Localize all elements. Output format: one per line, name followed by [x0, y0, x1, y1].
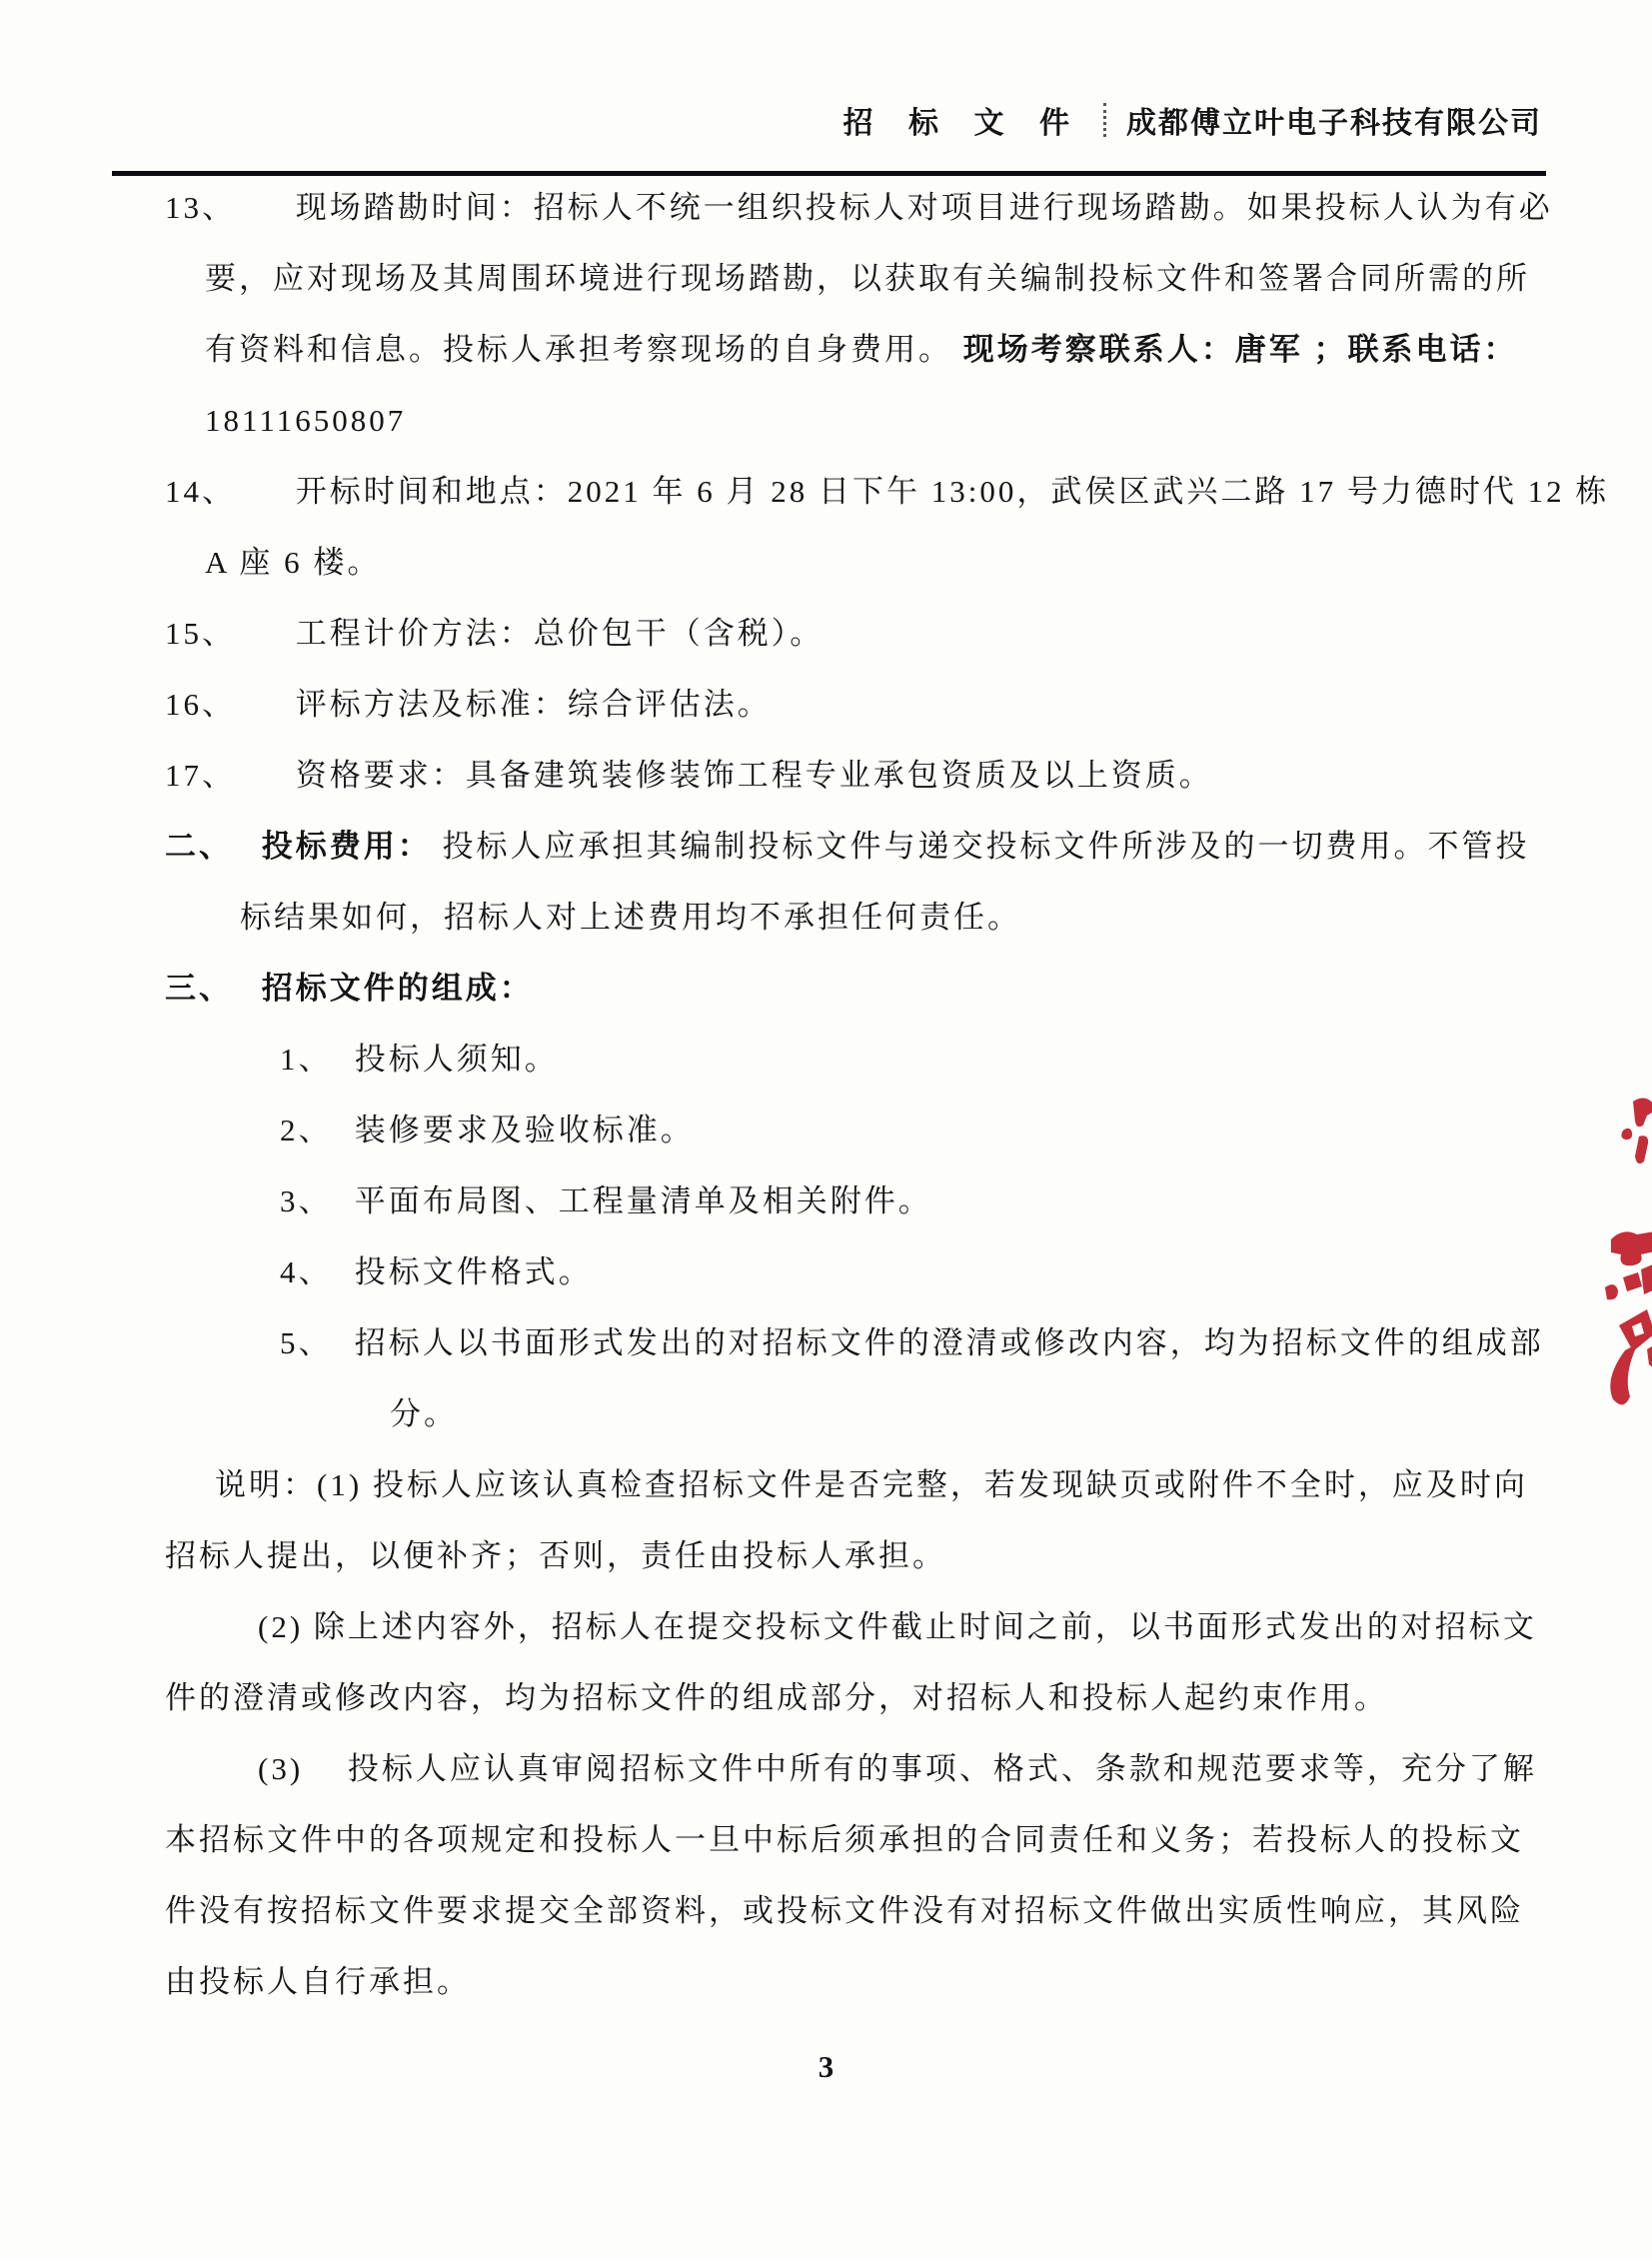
document-line: 说明：(1) 投标人应该认真检查招标文件是否完整，若发现缺页或附件不全时，应及时…: [0, 1449, 1652, 1520]
line-text: 件没有按招标文件要求提交全部资料，或投标文件没有对招标文件做出实质性响应，其风险: [165, 1893, 1524, 1928]
document-line: 4、 投标文件格式。: [0, 1236, 1652, 1307]
line-number: 二、: [165, 811, 251, 882]
document-line: 分。: [0, 1378, 1652, 1449]
red-seal-fragment-icon: [1603, 1227, 1652, 1427]
line-number: 14、: [165, 456, 285, 527]
line-number: 15、: [165, 598, 285, 669]
document-line: 招标人提出，以便补齐；否则，责任由投标人承担。: [0, 1520, 1652, 1591]
document-line: 本招标文件中的各项规定和投标人一旦中标后须承担的合同责任和义务；若投标人的投标文: [0, 1804, 1652, 1875]
line-number: 1、: [280, 1024, 344, 1095]
document-line: 件没有按招标文件要求提交全部资料，或投标文件没有对招标文件做出实质性响应，其风险: [0, 1875, 1652, 1946]
line-text: 开标时间和地点：2021 年 6 月 28 日下午 13:00，武侯区武兴二路 …: [296, 474, 1610, 509]
line-text: 要，应对现场及其周围环境进行现场踏勘，以获取有关编制投标文件和签署合同所需的所: [205, 261, 1530, 296]
document-line: 16、 评标方法及标准：综合评估法。: [0, 669, 1652, 740]
company-name: 成都傅立叶电子科技有限公司: [1126, 98, 1542, 142]
header-separator: [1103, 103, 1106, 137]
document-line: 由投标人自行承担。: [0, 1946, 1652, 2017]
document-line: 3、 平面布局图、工程量清单及相关附件。: [0, 1165, 1652, 1236]
red-seal-fragment-icon: [1619, 1096, 1652, 1167]
line-text: (3) 投标人应认真审阅招标文件中所有的事项、格式、条款和规范要求等，充分了解: [258, 1751, 1537, 1786]
document-line: 2、 装修要求及验收标准。: [0, 1095, 1652, 1165]
line-number: 13、: [165, 172, 285, 243]
line-text-bold: 招标文件的组成：: [262, 971, 534, 1006]
line-number: 16、: [165, 669, 285, 740]
line-text: 投标人应承担其编制投标文件与递交投标文件所涉及的一切费用。不管投: [443, 829, 1530, 864]
line-text: 18111650807: [205, 403, 406, 438]
document-line: 18111650807: [0, 385, 1652, 456]
line-number: 5、: [280, 1307, 344, 1378]
line-text: 分。: [390, 1396, 458, 1431]
doc-type-label: 招 标 文 件: [843, 98, 1084, 142]
document-line: 1、 投标人须知。: [0, 1024, 1652, 1095]
scanned-tender-document-page: 招 标 文 件 成都傅立叶电子科技有限公司 13、 现场踏勘时间：招标人不统一组…: [0, 0, 1652, 2259]
document-line: 14、 开标时间和地点：2021 年 6 月 28 日下午 13:00，武侯区武…: [0, 456, 1652, 527]
document-line: (2) 除上述内容外，招标人在提交投标文件截止时间之前，以书面形式发出的对招标文: [0, 1591, 1652, 1662]
document-line: 标结果如何，招标人对上述费用均不承担任何责任。: [0, 882, 1652, 953]
line-text: 由投标人自行承担。: [165, 1964, 471, 1999]
line-text: 本招标文件中的各项规定和投标人一旦中标后须承担的合同责任和义务；若投标人的投标文: [165, 1822, 1524, 1857]
document-line: 二、 投标费用： 投标人应承担其编制投标文件与递交投标文件所涉及的一切费用。不管…: [0, 811, 1652, 882]
line-text-bold: 现场考察联系人：唐军 ；联系电话：: [963, 332, 1518, 367]
document-line: A 座 6 楼。: [0, 527, 1652, 598]
line-text: 标结果如何，招标人对上述费用均不承担任何责任。: [240, 900, 1021, 935]
line-text: 投标文件格式。: [355, 1254, 593, 1289]
line-text: (2) 除上述内容外，招标人在提交投标文件截止时间之前，以书面形式发出的对招标文: [258, 1609, 1537, 1644]
line-number: 3、: [280, 1165, 344, 1236]
line-number: 17、: [165, 740, 285, 811]
line-text: 件的澄清或修改内容，均为招标文件的组成部分，对招标人和投标人起约束作用。: [165, 1680, 1388, 1715]
document-line: 5、 招标人以书面形式发出的对招标文件的澄清或修改内容，均为招标文件的组成部: [0, 1307, 1652, 1378]
line-number: 4、: [280, 1236, 344, 1307]
line-text: 工程计价方法：总价包干（含税）。: [296, 616, 825, 651]
line-text: 装修要求及验收标准。: [355, 1113, 695, 1147]
line-text: 招标人以书面形式发出的对招标文件的澄清或修改内容，均为招标文件的组成部: [355, 1325, 1544, 1360]
line-text: 评标方法及标准：综合评估法。: [296, 687, 772, 722]
document-line: (3) 投标人应认真审阅招标文件中所有的事项、格式、条款和规范要求等，充分了解: [0, 1733, 1652, 1804]
document-body: 13、 现场踏勘时间：招标人不统一组织投标人对项目进行现场踏勘。如果投标人认为有…: [0, 172, 1652, 2017]
page-number: 3: [0, 2049, 1652, 2085]
line-text: A 座 6 楼。: [205, 545, 381, 580]
document-line: 有资料和信息。投标人承担考察现场的自身费用。 现场考察联系人：唐军 ；联系电话：: [0, 314, 1652, 385]
document-line: 要，应对现场及其周围环境进行现场踏勘，以获取有关编制投标文件和签署合同所需的所: [0, 243, 1652, 314]
line-text: 现场踏勘时间：招标人不统一组织投标人对项目进行现场踏勘。如果投标人认为有必: [296, 190, 1553, 225]
line-text-bold: 投标费用：: [262, 829, 432, 864]
line-text: 投标人须知。: [355, 1042, 559, 1077]
line-number: 2、: [280, 1095, 344, 1165]
line-text: 说明：(1) 投标人应该认真检查招标文件是否完整，若发现缺页或附件不全时，应及时…: [215, 1467, 1528, 1502]
line-text: 有资料和信息。投标人承担考察现场的自身费用。: [205, 332, 952, 367]
document-line: 17、 资格要求：具备建筑装修装饰工程专业承包资质及以上资质。: [0, 740, 1652, 811]
document-line: 13、 现场踏勘时间：招标人不统一组织投标人对项目进行现场踏勘。如果投标人认为有…: [0, 172, 1652, 243]
page-header: 招 标 文 件 成都傅立叶电子科技有限公司: [843, 98, 1543, 142]
line-text: 招标人提出，以便补齐；否则，责任由投标人承担。: [165, 1538, 946, 1573]
line-text: 平面布局图、工程量清单及相关附件。: [355, 1183, 932, 1218]
document-line: 15、 工程计价方法：总价包干（含税）。: [0, 598, 1652, 669]
line-text: 资格要求：具备建筑装修装饰工程专业承包资质及以上资质。: [296, 758, 1213, 793]
document-line: 件的澄清或修改内容，均为招标文件的组成部分，对招标人和投标人起约束作用。: [0, 1662, 1652, 1733]
line-number: 三、: [165, 953, 251, 1024]
document-line: 三、 招标文件的组成：: [0, 953, 1652, 1024]
